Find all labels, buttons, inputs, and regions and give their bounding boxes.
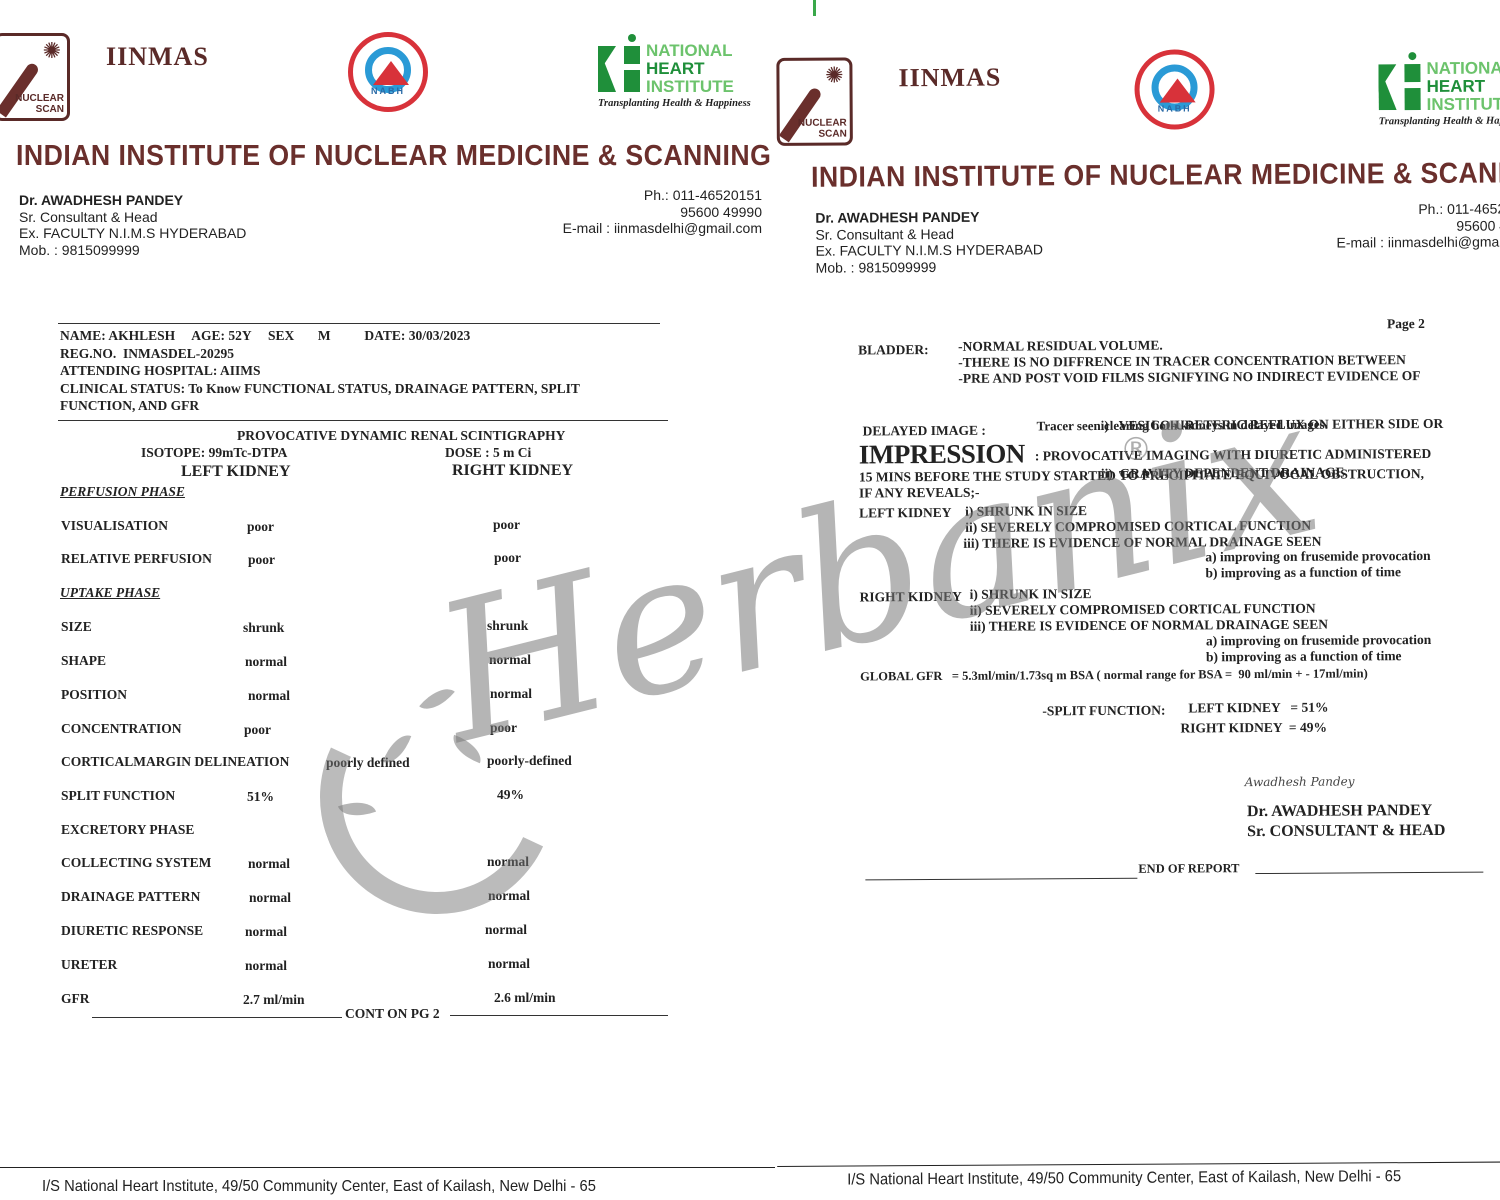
org-short-name: IINMAS [106,42,209,72]
split-function-label: -SPLIT FUNCTION: [1042,703,1165,720]
signature: Awadhesh Pandey [1245,774,1355,789]
right-kidney-value: poor [493,517,520,533]
institute-name: INDIAN INSTITUTE OF NUCLEAR MEDICINE & S… [811,157,1500,195]
nuclear-scan-logo: ✺ NUCLEARSCAN [776,57,853,145]
left-kidney-value: normal [245,654,287,670]
dose: DOSE : 5 m Ci [445,445,531,461]
org-short-name: IINMAS [898,63,1001,94]
divider [92,1017,342,1018]
row-label: DIURETIC RESPONSE [61,923,203,939]
left-kidney-header: LEFT KIDNEY [181,463,291,481]
nabh-badge: NABH [348,32,428,112]
footer-rule [0,1167,775,1168]
right-subfinding: a) improving on frusemide provocation [1206,632,1431,649]
divider [58,323,660,324]
right-kidney-value: normal [488,888,530,904]
atom-icon: ✺ [825,65,844,87]
contact-info: Ph.: 011-46520151 95600 49990 E-mail : i… [1336,200,1500,251]
patient-line: NAME: AKHLESH AGE: 52Y SEX M DATE: 30/03… [60,327,580,345]
row-label: SIZE [61,619,92,635]
doctor-info: Dr. AWADHESH PANDEY Sr. Consultant & Hea… [815,208,1043,275]
right-kidney-value: normal [485,922,527,938]
left-kidney-value: 2.7 ml/min [243,992,305,1008]
page-number: Page 2 [1387,316,1425,332]
row-label: SHAPE [61,653,106,669]
divider [1255,872,1483,874]
row-label: URETER [61,957,117,973]
left-finding: i) SHRUNK IN SIZE [965,503,1087,520]
left-kidney-value: shrunk [243,620,284,636]
left-kidney-value: normal [249,890,291,906]
left-subfinding: b) improving as a function of time [1205,564,1401,581]
left-kidney-value: poor [244,722,271,738]
report-page-1: ✺ NUCLEARSCAN IINMAS NABH NATIONAL HEART… [0,0,775,1200]
institute-name: INDIAN INSTITUTE OF NUCLEAR MEDICINE & S… [16,140,771,173]
right-kidney-value: poorly-defined [487,753,572,769]
left-kidney-value: normal [245,958,287,974]
doctor-info: Dr. AWADHESH PANDEY Sr. Consultant & Hea… [19,192,246,258]
bladder-findings: -NORMAL RESIDUAL VOLUME. -THERE IS NO DI… [958,336,1420,387]
perfusion-phase-heading: PERFUSION PHASE [60,484,185,500]
study-title: PROVOCATIVE DYNAMIC RENAL SCINTIGRAPHY [237,428,565,444]
impression-line: : PROVOCATIVE IMAGING WITH DIURETIC ADMI… [1035,446,1431,464]
right-kidney-value: shrunk [487,618,528,634]
left-kidney-value: normal [245,924,287,940]
left-subfinding: a) improving on frusemide provocation [1205,548,1430,565]
right-kidney-value: 2.6 ml/min [494,990,556,1006]
end-of-report: END OF REPORT [1138,861,1239,877]
left-kidney-value: poorly defined [326,755,410,771]
right-kidney-value: poor [494,550,521,566]
row-label: GFR [61,991,90,1007]
attending-hospital: ATTENDING HOSPITAL: AIIMS [60,362,580,380]
global-gfr: GLOBAL GFR = 5.3ml/min/1.73sq m BSA ( no… [860,666,1368,684]
nabh-badge: NABH [1134,49,1214,129]
right-kidney-value: poor [490,720,517,736]
row-label: CORTICALMARGIN DELINEATION [61,754,289,770]
divider [58,420,668,421]
impression-heading: IMPRESSION [859,438,1025,470]
left-kidney-value: poor [247,519,274,535]
row-label: SPLIT FUNCTION [61,788,175,804]
row-label: POSITION [61,687,127,703]
left-kidney-value: normal [248,688,290,704]
right-kidney-label: RIGHT KIDNEY [860,589,962,606]
contact-info: Ph.: 011-46520151 95600 49990 E-mail : i… [563,187,762,237]
left-kidney-value: poor [248,552,275,568]
row-label: COLLECTING SYSTEM [61,855,211,871]
footer-address: I/S National Heart Institute, 49/50 Comm… [847,1168,1401,1189]
divider [865,878,1137,881]
right-kidney-value: normal [490,686,532,702]
divider [450,1015,668,1016]
right-kidney-value: normal [488,956,530,972]
split-right-kidney: RIGHT KIDNEY = 49% [1180,720,1327,737]
clinical-status: CLINICAL STATUS: To Know FUNCTIONAL STAT… [60,380,580,398]
signer-title: Sr. CONSULTANT & HEAD [1247,822,1445,841]
uptake-phase-heading: UPTAKE PHASE [60,585,160,601]
right-subfinding: b) improving as a function of time [1206,648,1402,665]
footer-address: I/S National Heart Institute, 49/50 Comm… [42,1178,596,1196]
signer-name: Dr. AWADHESH PANDEY [1247,802,1432,821]
split-left-kidney: LEFT KIDNEY = 51% [1188,700,1328,717]
right-kidney-value: normal [489,652,531,668]
bladder-label: BLADDER: [858,342,929,358]
left-kidney-label: LEFT KIDNEY [859,505,952,522]
right-kidney-value: normal [487,854,529,870]
left-kidney-value: normal [248,856,290,872]
right-kidney-value: 49% [497,787,524,803]
delayed-image-label: DELAYED IMAGE : [863,423,986,440]
row-label: VISUALISATION [61,518,168,534]
row-label: DRAINAGE PATTERN [61,889,200,905]
reg-no: REG.NO. INMASDEL-20295 [60,345,580,363]
right-finding: i) SHRUNK IN SIZE [970,586,1092,603]
right-kidney-header: RIGHT KIDNEY [452,462,573,480]
continued-note: CONT ON PG 2 [345,1006,440,1022]
impression-text: 15 MINS BEFORE THE STUDY STARTED TO PREC… [859,466,1424,501]
report-page-2: ✺ NUCLEARSCAN IINMAS NABH NATIONAL HEART… [770,0,1500,1200]
delayed-image-text: Tracer seen clearing both kidneys in del… [1037,417,1328,435]
row-label: RELATIVE PERFUSION [61,551,212,567]
atom-icon: ✺ [43,40,61,62]
excretory-phase-heading: EXCRETORY PHASE [61,822,194,838]
left-kidney-value: 51% [247,789,274,805]
edge-mark [813,0,816,16]
row-label: CONCENTRATION [61,721,182,737]
footer-rule [777,1162,1500,1167]
patient-details: NAME: AKHLESH AGE: 52Y SEX M DATE: 30/03… [60,327,580,415]
nuclear-scan-logo: ✺ NUCLEARSCAN [0,33,70,121]
isotope: ISOTOPE: 99mTc-DTPA [141,445,287,461]
